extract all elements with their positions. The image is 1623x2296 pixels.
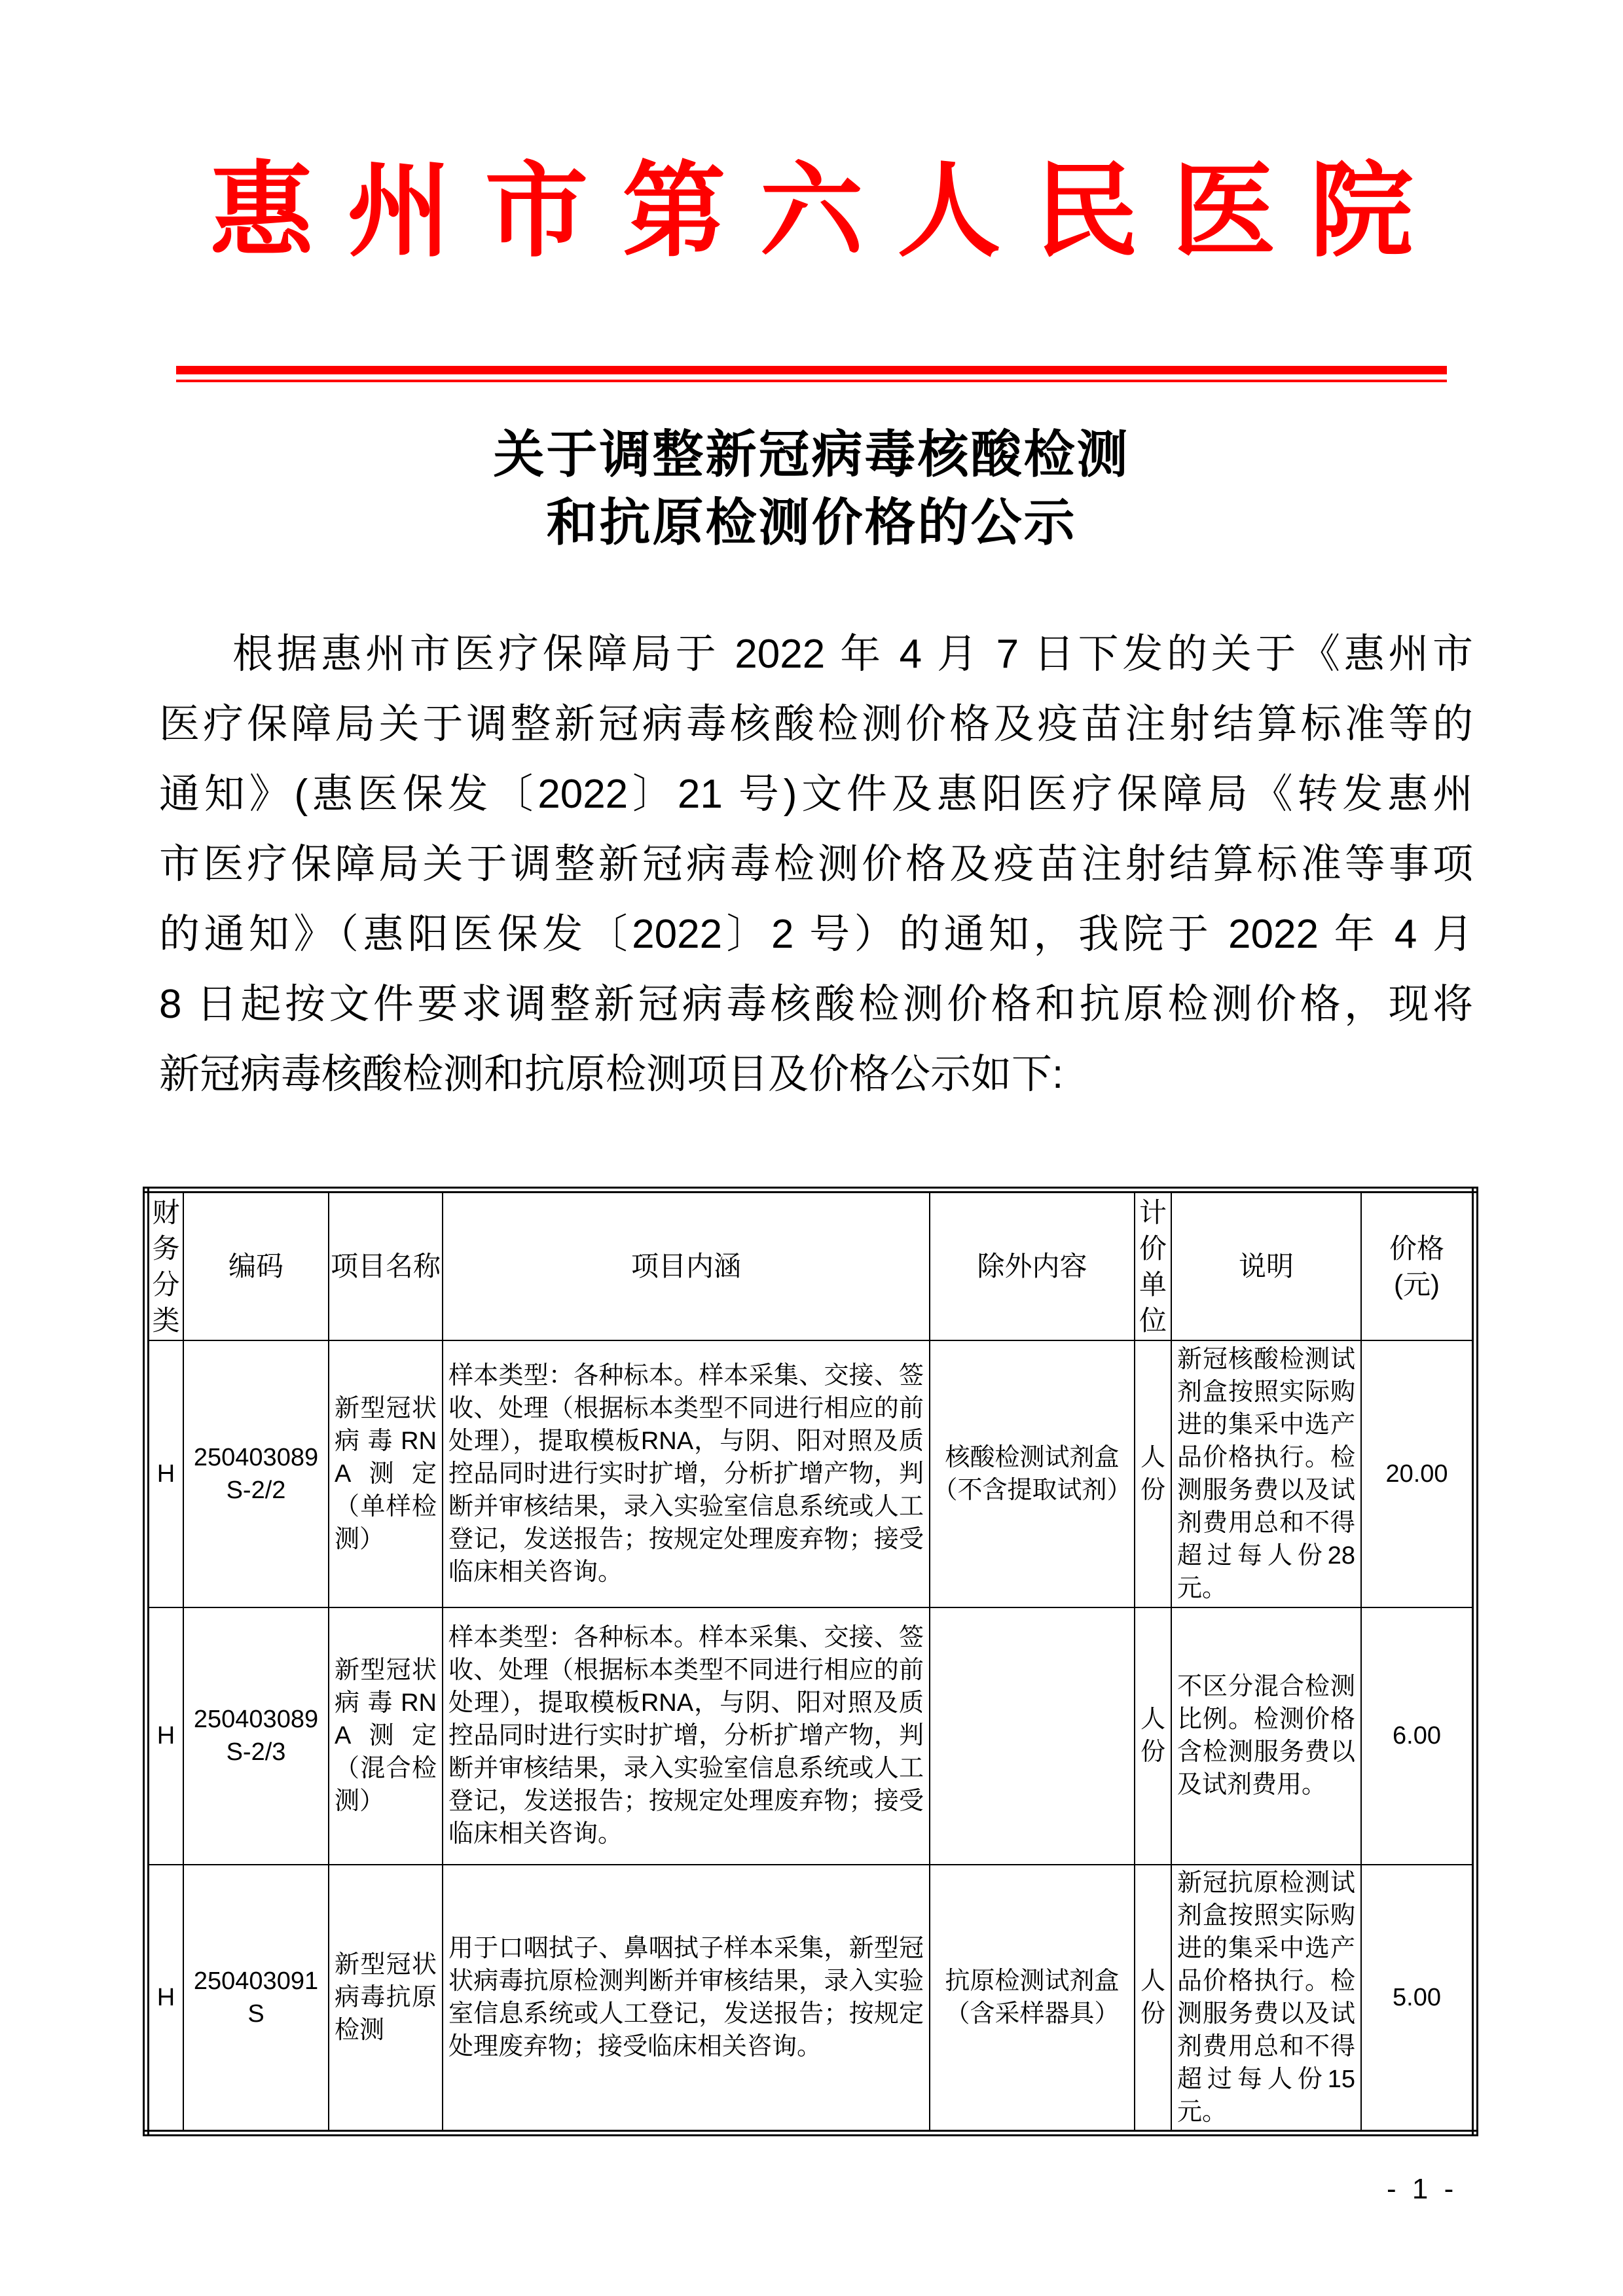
cell-exclusion [930,1607,1135,1865]
notice-body: 根据惠州市医疗保障局于 2022 年 4 月 7 日下发的关于《惠州市 医疗保障… [159,619,1473,1109]
price-table: 财务分类 编码 项目名称 项目内涵 除外内容 计价单位 说明 价格 (元) H … [143,1187,1478,2136]
header-item-name: 项目名称 [329,1190,443,1340]
cell-item-content: 样本类型：各种标本。样本采集、交接、签收、处理（根据标本类型不同进行相应的前处理… [443,1607,930,1865]
body-line: 的通知》（惠阳医保发〔2022〕2 号）的通知，我院于 2022 年 4 月 [159,899,1473,969]
cell-exclusion: 核酸检测试剂盒（不含提取试剂） [930,1340,1135,1607]
header-note: 说明 [1171,1190,1361,1340]
cell-item-content: 用于口咽拭子、鼻咽拭子样本采集，新型冠状病毒抗原检测判断并审核结果，录入实验室信… [443,1865,930,2133]
cell-item-name: 新型冠状病毒RNA测定（混合检测） [329,1607,443,1865]
body-line: 根据惠州市医疗保障局于 2022 年 4 月 7 日下发的关于《惠州市 [159,619,1473,689]
notice-title: 关于调整新冠病毒核酸检测 和抗原检测价格的公示 [0,420,1623,556]
cell-price: 5.00 [1361,1865,1475,2133]
body-line: 市医疗保障局关于调整新冠病毒检测价格及疫苗注射结算标准等事项 [159,829,1473,899]
header-item-content: 项目内涵 [443,1190,930,1340]
cell-item-name: 新型冠状病毒抗原检测 [329,1865,443,2133]
header-price: 价格 (元) [1361,1190,1475,1340]
cell-unit: 人份 [1135,1865,1171,2133]
notice-title-line2: 和抗原检测价格的公示 [0,488,1623,556]
cell-finance-class: H [146,1607,183,1865]
header-finance-class: 财务分类 [146,1190,183,1340]
red-divider-thick-line [176,366,1447,374]
cell-code: 250403089 S-2/2 [183,1340,329,1607]
header-code: 编码 [183,1190,329,1340]
notice-title-line1: 关于调整新冠病毒核酸检测 [0,420,1623,488]
table-header-row: 财务分类 编码 项目名称 项目内涵 除外内容 计价单位 说明 价格 (元) [146,1190,1475,1340]
cell-item-content: 样本类型：各种标本。样本采集、交接、签收、处理（根据标本类型不同进行相应的前处理… [443,1340,930,1607]
body-line: 医疗保障局关于调整新冠病毒核酸检测价格及疫苗注射结算标准等的 [159,689,1473,759]
cell-exclusion: 抗原检测试剂盒（含采样器具） [930,1865,1135,2133]
body-line: 新冠病毒核酸检测和抗原检测项目及价格公示如下: [159,1039,1473,1109]
table-row: H 250403089 S-2/3 新型冠状病毒RNA测定（混合检测） 样本类型… [146,1607,1475,1865]
cell-code: 250403089 S-2/3 [183,1607,329,1865]
table-row: H 250403091 S 新型冠状病毒抗原检测 用于口咽拭子、鼻咽拭子样本采集… [146,1865,1475,2133]
page-number: - 1 - [1387,2173,1457,2206]
cell-code: 250403091 S [183,1865,329,2133]
cell-price: 6.00 [1361,1607,1475,1865]
cell-unit: 人份 [1135,1607,1171,1865]
table-row: H 250403089 S-2/2 新型冠状病毒RNA测定（单样检测） 样本类型… [146,1340,1475,1607]
red-divider [176,366,1447,382]
cell-item-name: 新型冠状病毒RNA测定（单样检测） [329,1340,443,1607]
cell-finance-class: H [146,1865,183,2133]
cell-price: 20.00 [1361,1340,1475,1607]
cell-unit: 人份 [1135,1340,1171,1607]
body-line: 通知》(惠医保发〔2022〕21 号)文件及惠阳医疗保障局《转发惠州 [159,759,1473,829]
hospital-title: 惠州市第六人民医院 [0,0,1623,268]
cell-note: 不区分混合检测比例。检测价格含检测服务费以及试剂费用。 [1171,1607,1361,1865]
header-unit: 计价单位 [1135,1190,1171,1340]
header-exclusion: 除外内容 [930,1190,1135,1340]
body-line: 8 日起按文件要求调整新冠病毒核酸检测价格和抗原检测价格，现将 [159,969,1473,1039]
document-page: 惠州市第六人民医院 关于调整新冠病毒核酸检测 和抗原检测价格的公示 根据惠州市医… [0,0,1623,2296]
cell-finance-class: H [146,1340,183,1607]
cell-note: 新冠核酸检测试剂盒按照实际购进的集采中选产品价格执行。检测服务费以及试剂费用总和… [1171,1340,1361,1607]
red-divider-thin-line [176,380,1447,382]
cell-note: 新冠抗原检测试剂盒按照实际购进的集采中选产品价格执行。检测服务费以及试剂费用总和… [1171,1865,1361,2133]
